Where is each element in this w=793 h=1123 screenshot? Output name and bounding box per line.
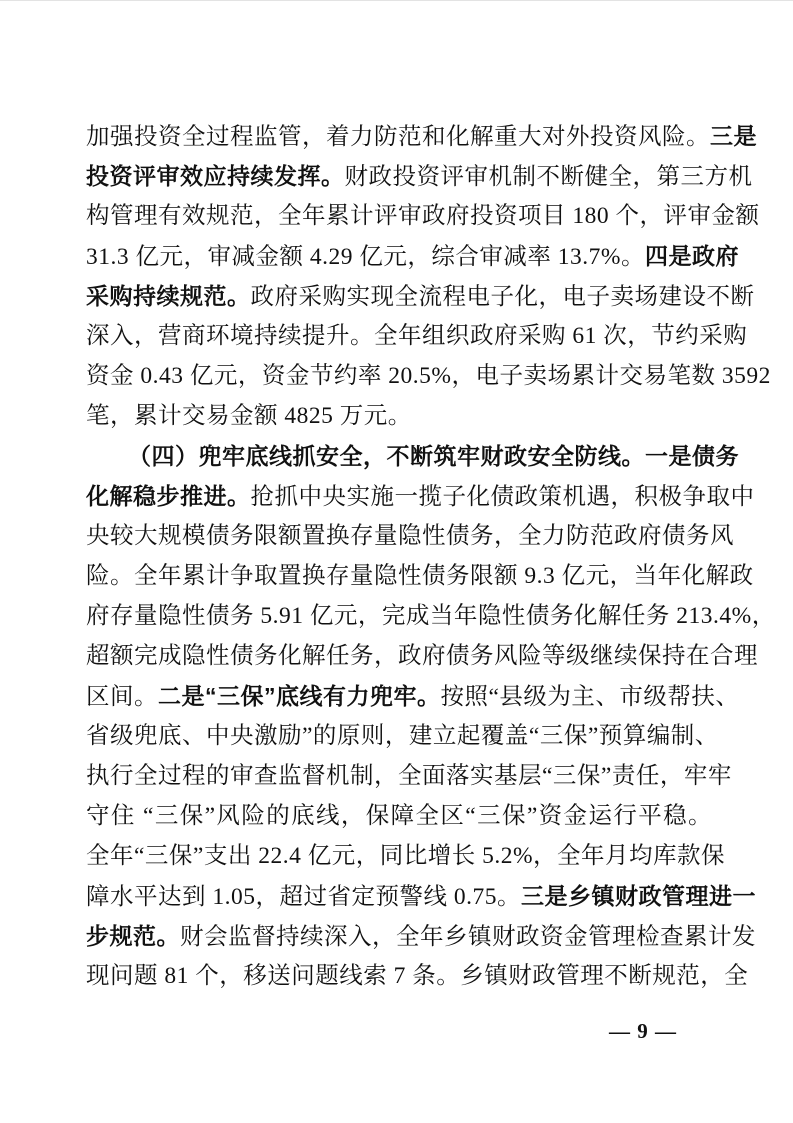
text-segment: 深入，营商环境持续提升。全年组织政府采购 61 次，节约采购 <box>86 323 747 349</box>
text-line: 步规范。财会监督持续深入，全年乡镇财政资金管理检查累计发 <box>86 916 712 956</box>
text-line: 区间。二是“三保”底线有力兜牢。按照“县级为主、市级帮扶、 <box>86 676 712 716</box>
text-line: 投资评审效应持续发挥。财政投资评审机制不断健全，第三方机 <box>86 156 712 196</box>
text-line: 央较大规模债务限额置换存量隐性债务，全力防范政府债务风 <box>86 516 712 556</box>
text-segment: 障水平达到 1.05，超过省定预警线 0.75。 <box>86 884 521 910</box>
text-segment: 加强投资全过程监管，着力防范和化解重大对外投资风险。 <box>86 124 710 150</box>
text-segment: 抢抓中央实施一揽子化债政策机遇，积极争取中 <box>251 484 755 510</box>
text-segment: 步规范。 <box>86 923 180 949</box>
text-line: 深入，营商环境持续提升。全年组织政府采购 61 次，节约采购 <box>86 316 712 356</box>
text-segment: （四）兜牢底线抓安全，不断筑牢财政安全防线。一是债务 <box>128 443 739 469</box>
text-segment: 构管理有效规范，全年累计评审政府投资项目 180 个，评审金额 <box>86 203 760 229</box>
text-segment: 全年“三保”支出 22.4 亿元，同比增长 5.2%，全年月均库款保 <box>86 843 725 869</box>
text-segment: 三是乡镇财政管理进一 <box>521 883 756 909</box>
text-line: 守住 “三保”风险的底线，保障全区“三保”资金运行平稳。 <box>86 796 712 836</box>
text-line: 障水平达到 1.05，超过省定预警线 0.75。三是乡镇财政管理进一 <box>86 876 712 916</box>
text-segment: 化解稳步推进。 <box>86 483 251 509</box>
text-line: 执行全过程的审查监督机制，全面落实基层“三保”责任，牢牢 <box>86 756 712 796</box>
text-segment: 超额完成隐性债务化解任务，政府债务风险等级继续保持在合理 <box>86 643 758 669</box>
text-segment: 区间。 <box>86 684 158 710</box>
text-segment: 省级兜底、中央激励”的原则，建立起覆盖“三保”预算编制、 <box>86 723 719 749</box>
text-line: 加强投资全过程监管，着力防范和化解重大对外投资风险。三是 <box>86 116 712 156</box>
text-segment: 险。全年累计争取置换存量隐性债务限额 9.3 亿元，当年化解政 <box>86 563 754 589</box>
text-line: （四）兜牢底线抓安全，不断筑牢财政安全防线。一是债务 <box>86 436 712 476</box>
text-segment: 31.3 亿元，审减金额 4.29 亿元，综合审减率 13.7%。 <box>86 244 645 270</box>
text-segment: 资金 0.43 亿元，资金节约率 20.5%，电子卖场累计交易笔数 3592 <box>86 363 771 389</box>
text-line: 采购持续规范。政府采购实现全流程电子化，电子卖场建设不断 <box>86 276 712 316</box>
text-line: 现问题 81 个，移送问题线索 7 条。乡镇财政管理不断规范，全 <box>86 956 712 996</box>
text-segment: 二是“三保”底线有力兜牢。 <box>158 683 441 709</box>
document-page: 加强投资全过程监管，着力防范和化解重大对外投资风险。三是投资评审效应持续发挥。财… <box>0 0 793 1123</box>
text-segment: 央较大规模债务限额置换存量隐性债务，全力防范政府债务风 <box>86 523 734 549</box>
text-line: 府存量隐性债务 5.91 亿元，完成当年隐性债务化解任务 213.4%， <box>86 596 712 636</box>
text-segment: 投资评审效应持续发挥。 <box>86 163 345 189</box>
text-line: 全年“三保”支出 22.4 亿元，同比增长 5.2%，全年月均库款保 <box>86 836 712 876</box>
text-line: 化解稳步推进。抢抓中央实施一揽子化债政策机遇，积极争取中 <box>86 476 712 516</box>
text-segment: 现问题 81 个，移送问题线索 7 条。乡镇财政管理不断规范，全 <box>86 963 748 989</box>
text-segment: 守住 “三保”风险的底线，保障全区“三保”资金运行平稳。 <box>86 803 712 829</box>
text-line: 超额完成隐性债务化解任务，政府债务风险等级继续保持在合理 <box>86 636 712 676</box>
text-segment: 笔，累计交易金额 4825 万元。 <box>86 403 412 429</box>
text-segment: 三是 <box>710 123 757 149</box>
text-line: 资金 0.43 亿元，资金节约率 20.5%，电子卖场累计交易笔数 3592 <box>86 356 712 396</box>
text-line: 31.3 亿元，审减金额 4.29 亿元，综合审减率 13.7%。四是政府 <box>86 236 712 276</box>
text-line: 省级兜底、中央激励”的原则，建立起覆盖“三保”预算编制、 <box>86 716 712 756</box>
text-segment: 执行全过程的审查监督机制，全面落实基层“三保”责任，牢牢 <box>86 763 732 789</box>
text-segment: 按照“县级为主、市级帮扶、 <box>441 684 740 710</box>
text-segment: 四是政府 <box>645 243 739 269</box>
text-segment: 政府采购实现全流程电子化，电子卖场建设不断 <box>251 284 755 310</box>
text-segment: 采购持续规范。 <box>86 283 251 309</box>
text-line: 险。全年累计争取置换存量隐性债务限额 9.3 亿元，当年化解政 <box>86 556 712 596</box>
text-segment: 府存量隐性债务 5.91 亿元，完成当年隐性债务化解任务 213.4%， <box>86 603 776 629</box>
document-body: 加强投资全过程监管，着力防范和化解重大对外投资风险。三是投资评审效应持续发挥。财… <box>86 116 712 996</box>
text-segment: 财政投资评审机制不断健全，第三方机 <box>345 164 753 190</box>
text-line: 构管理有效规范，全年累计评审政府投资项目 180 个，评审金额 <box>86 196 712 236</box>
text-segment: 财会监督持续深入，全年乡镇财政资金管理检查累计发 <box>180 924 756 950</box>
text-line: 笔，累计交易金额 4825 万元。 <box>86 396 712 436</box>
page-number: — 9 — <box>603 1019 683 1044</box>
